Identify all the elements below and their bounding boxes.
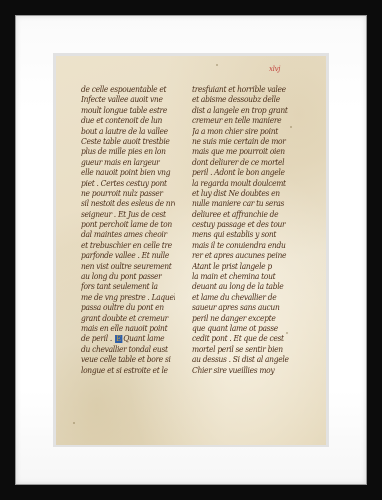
text-line: plus de mille pies en lon (81, 146, 175, 156)
text-line: et luy dist Ne doubtes en (192, 188, 295, 198)
text-line: au long du pont passer (81, 271, 175, 281)
text-line: dal maintes ames cheoir (81, 229, 175, 239)
text-line: cestuy passage et des tour (192, 219, 295, 229)
text-line: cremeur en telle maniere (192, 115, 295, 125)
parchment-speck (216, 64, 218, 66)
text-line: ne suis mie certain de mor (192, 136, 295, 146)
text-line: passa oultre du pont en (81, 302, 175, 312)
text-line: peril . Adont le bon angele (192, 167, 295, 177)
text-line: saueur apres sans aucun (192, 302, 295, 312)
text-line: Infecte vallee auoit vne (81, 94, 175, 104)
left-text-column: de celle espouentable et Infecte vallee … (81, 84, 183, 375)
text-fragment: Quant lame (123, 333, 164, 343)
text-line: sil nestoit des esleus de nre (81, 198, 175, 208)
text-line: Atant le prist langele p (192, 261, 295, 271)
text-line: cedit pont . Et que de cest (192, 333, 295, 343)
text-line: deliuree et affranchie de (192, 209, 295, 219)
folio-number: xlvj (269, 65, 280, 73)
text-line: parfonde vallee . Et nulle (81, 250, 175, 260)
text-line: nulle maniere car tu seras (192, 198, 295, 208)
text-line: Ja a mon chier sire point (192, 126, 295, 136)
text-line: pont perchoit lame de ton (81, 219, 175, 229)
text-line: longue et si estroite et le (81, 365, 175, 375)
text-line: seigneur . Et Jus de cest (81, 209, 175, 219)
text-line: ne pourroit nulz passer (81, 188, 175, 198)
text-line: tresfuiant et horrible valee (192, 84, 295, 94)
illuminated-initial: E (115, 335, 122, 343)
text-line: moult longue table estre (81, 105, 175, 115)
text-line: au dessus . Si dist al angele (192, 354, 295, 364)
text-line: Chier sire vueillies moy (192, 365, 295, 375)
text-line: peril ne danger excepte (192, 313, 295, 323)
text-fragment: de peril . (81, 333, 112, 343)
text-line-with-initial: de peril . EQuant lame (81, 333, 175, 343)
text-line: la main et chemina tout (192, 271, 295, 281)
text-line: due et contenoit de lun (81, 115, 175, 125)
text-line: grant doubte et cremeur (81, 313, 175, 323)
text-line: du chevallier tondal eust (81, 344, 175, 354)
text-line: la regarda moult doulcemt (192, 178, 295, 188)
text-line: et abisme dessoubz delle (192, 94, 295, 104)
text-line: que quant lame ot passe (192, 323, 295, 333)
text-line: veue celle table et bore si (81, 354, 175, 364)
text-line: mais il te conuiendra endu (192, 240, 295, 250)
parchment-speck (73, 422, 75, 424)
text-line: mens qui establis y sont (192, 229, 295, 239)
text-line: gueur mais en largeur (81, 157, 175, 167)
manuscript-page: xlvj de celle espouentable et Infecte va… (56, 56, 326, 445)
text-line: rer et apres aucunes peine (192, 250, 295, 260)
text-line: dist a langele en trop grant (192, 105, 295, 115)
text-line: de celle espouentable et (81, 84, 175, 94)
text-line: mais en elle nauoit point (81, 323, 175, 333)
text-line: nen vist oultre seurement (81, 261, 175, 271)
text-line: mortel peril se sentir bien (192, 344, 295, 354)
text-line: mais que me pourroit oien (192, 146, 295, 156)
text-line: et trebuschier en celle tre (81, 240, 175, 250)
text-line: et lame du chevallier de (192, 292, 295, 302)
text-line: piet . Certes cestuy pont (81, 178, 175, 188)
text-line: deuant au long de la table (192, 281, 295, 291)
right-text-column: tresfuiant et horrible valee et abisme d… (192, 84, 304, 375)
text-line: bout a lautre de la vallee (81, 126, 175, 136)
picture-frame: xlvj de celle espouentable et Infecte va… (0, 0, 382, 500)
text-line: fors tant seulement la (81, 281, 175, 291)
text-line: Ceste table auoit trestbie (81, 136, 175, 146)
text-line: me de vng prestre . Laquelle (81, 292, 175, 302)
text-line: dont deliurer de ce mortel (192, 157, 295, 167)
text-line: elle nauoit point bien vng (81, 167, 175, 177)
